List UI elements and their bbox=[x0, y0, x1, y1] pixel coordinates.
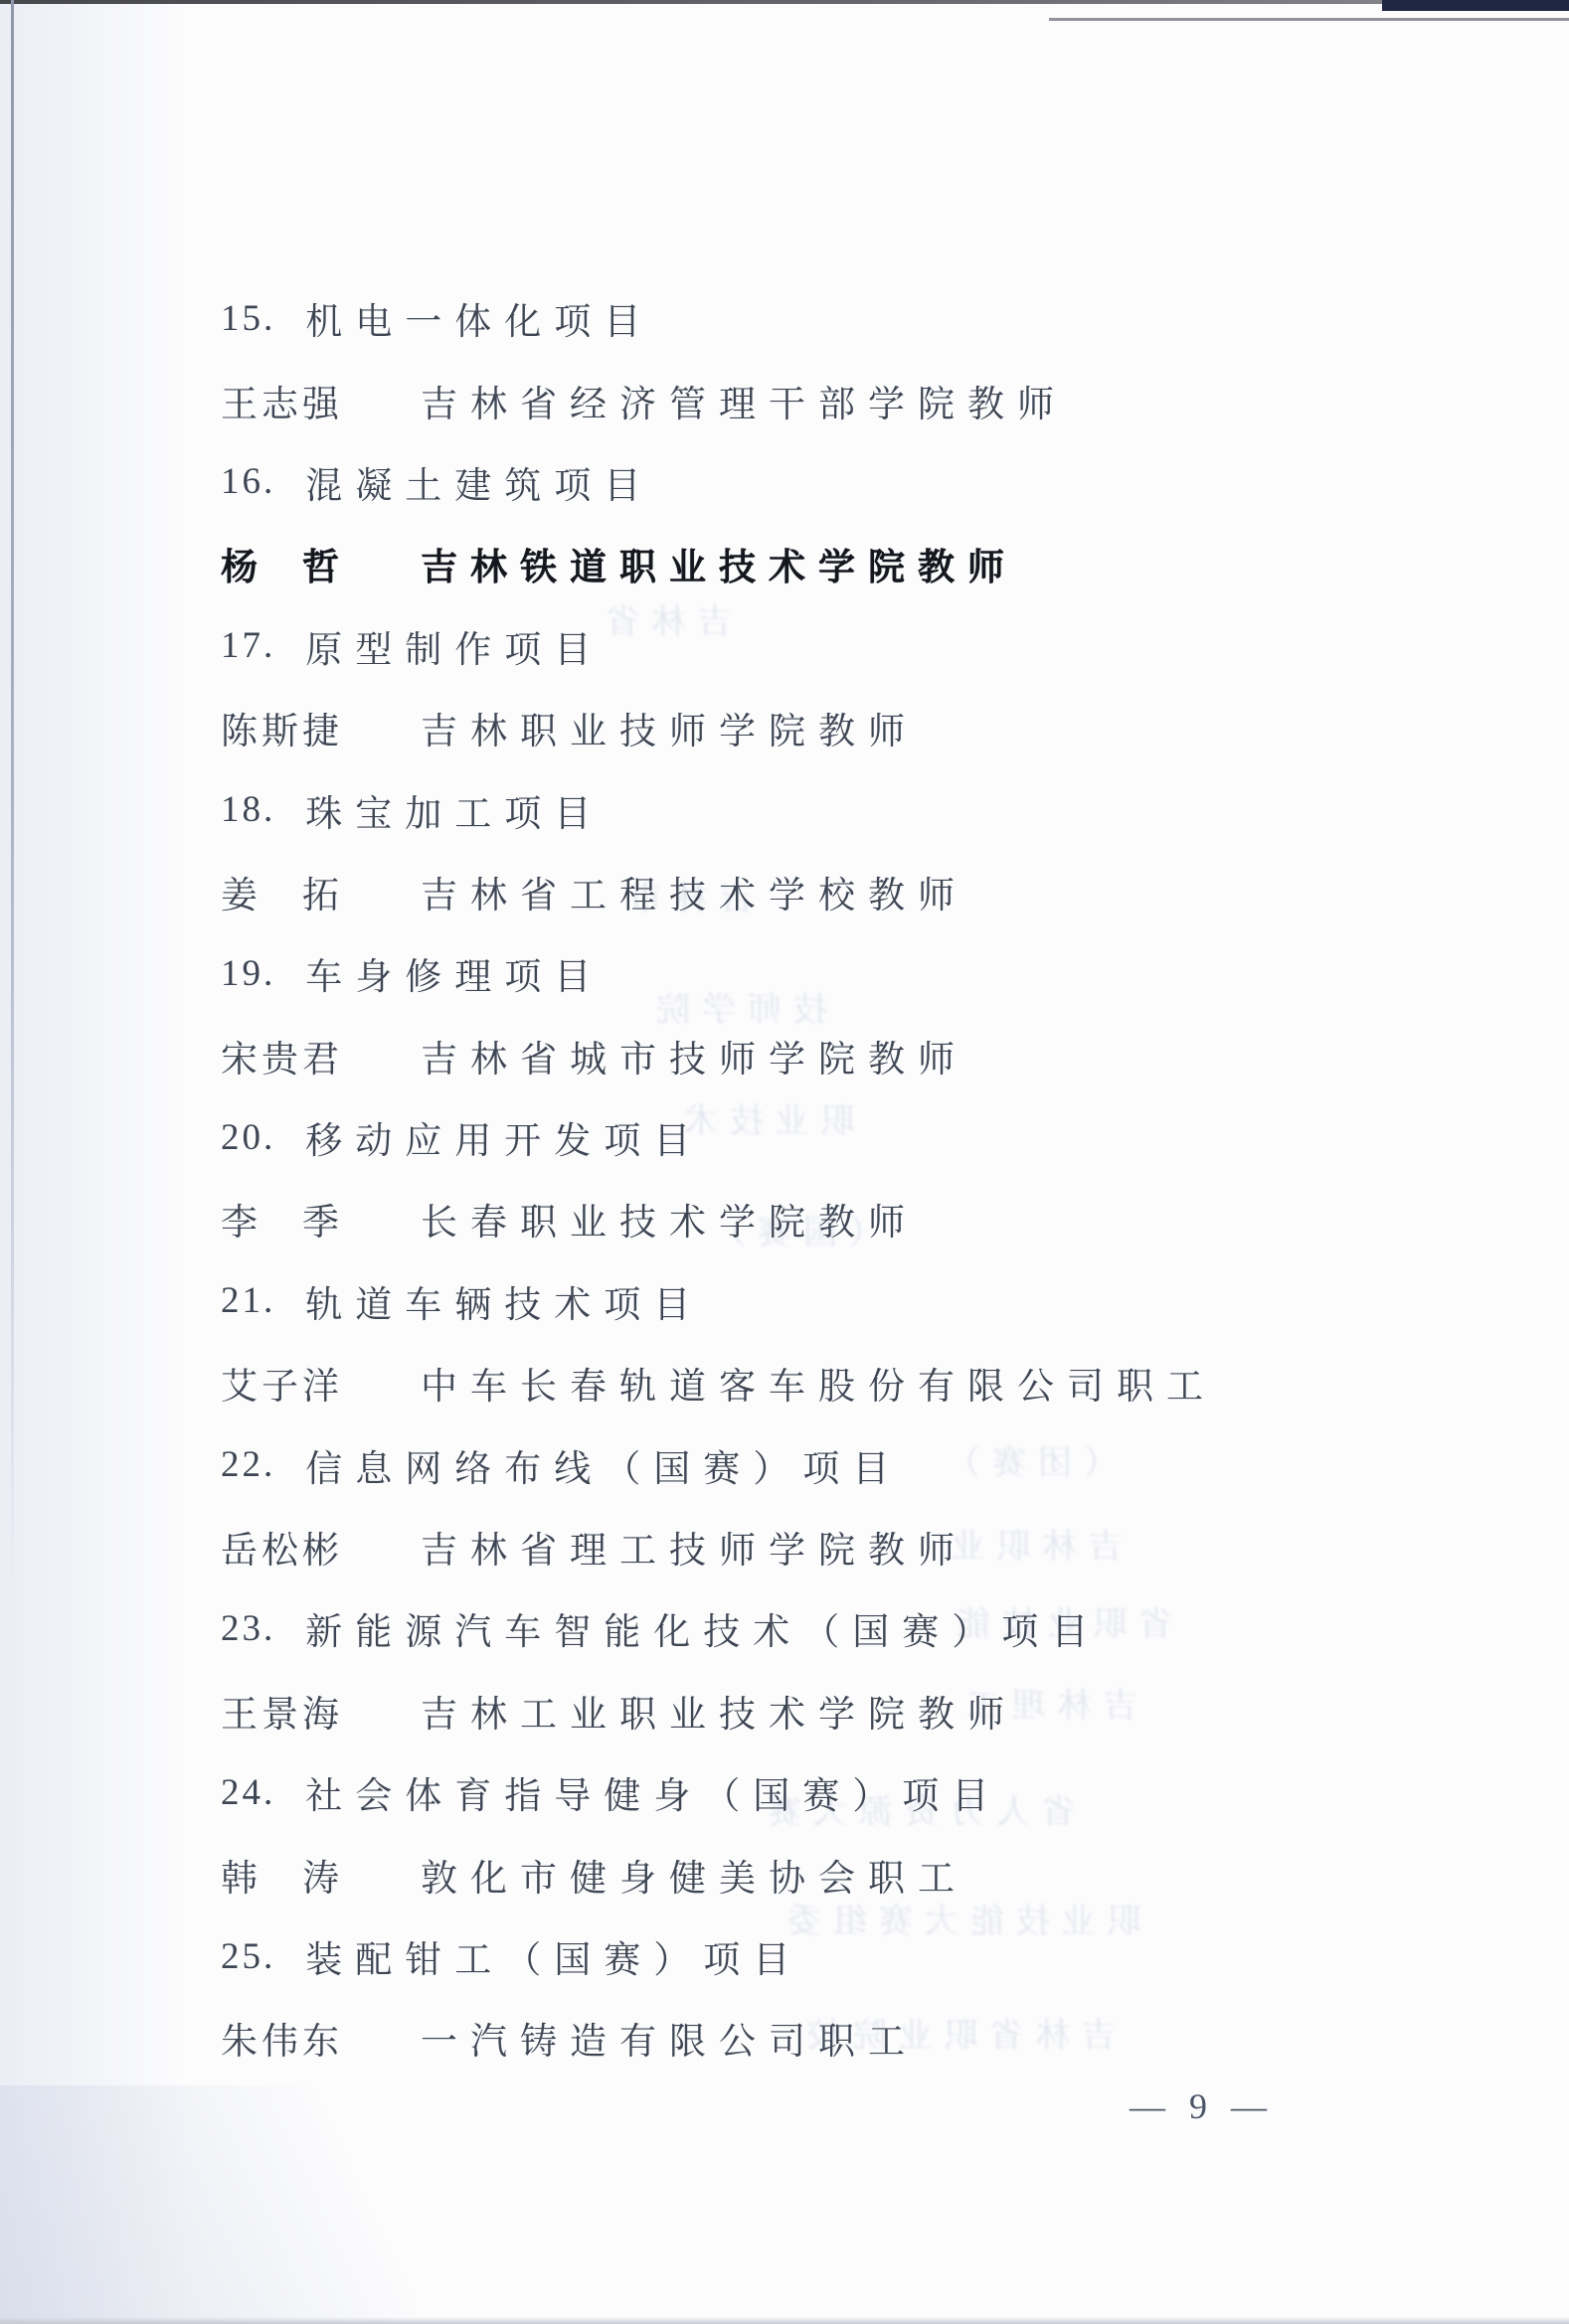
project-title: 社会体育指导健身（国赛）项目 bbox=[305, 1765, 1001, 1819]
person-affiliation: 吉林铁道职业技术学院教师 bbox=[421, 537, 1017, 590]
person-line: 宋贵君吉林省城市技师学院教师 bbox=[221, 1015, 1549, 1096]
person-name: 陈斯捷 bbox=[221, 701, 343, 754]
project-number: 24. bbox=[221, 1771, 275, 1814]
scan-edge-bottom-line bbox=[0, 2317, 1569, 2324]
person-affiliation: 敦化市健身健美协会职工 bbox=[421, 1848, 967, 1902]
project-line-16: 16.混凝土建筑项目 bbox=[221, 441, 1549, 523]
project-number: 19. bbox=[221, 952, 275, 995]
person-line: 韩 涛敦化市健身健美协会职工 bbox=[221, 1833, 1549, 1914]
scanned-page: 吉林省吉林市技师学院职业技术（国赛）（团赛）吉林职业省职业技能吉林理工省人力资源… bbox=[0, 0, 1569, 2324]
project-line-24: 24.社会体育指导健身（国赛）项目 bbox=[221, 1751, 1549, 1833]
project-line-18: 18.珠宝加工项目 bbox=[221, 768, 1549, 850]
person-line: 李 季长春职业技术学院教师 bbox=[221, 1178, 1549, 1259]
project-line-22: 22.信息网络布线（国赛）项目 bbox=[221, 1423, 1549, 1505]
project-line-17: 17.原型制作项目 bbox=[221, 605, 1549, 687]
person-affiliation: 长春职业技术学院教师 bbox=[421, 1192, 918, 1245]
person-name: 韩 涛 bbox=[221, 1848, 343, 1902]
bottom-left-shadow bbox=[0, 2085, 557, 2324]
project-number: 17. bbox=[221, 624, 275, 667]
project-title: 机电一体化项目 bbox=[305, 291, 653, 345]
person-affiliation: 吉林工业职业技术学院教师 bbox=[421, 1684, 1017, 1738]
project-title: 车身修理项目 bbox=[305, 946, 604, 1000]
person-line: 杨 哲吉林铁道职业技术学院教师 bbox=[221, 523, 1549, 604]
person-affiliation: 吉林省工程技术学校教师 bbox=[421, 865, 967, 918]
person-line: 王志强吉林省经济管理干部学院教师 bbox=[221, 359, 1549, 440]
scan-edge-top-line-2 bbox=[1049, 18, 1569, 21]
person-affiliation: 中车长春轨道客车股份有限公司职工 bbox=[421, 1356, 1216, 1410]
person-name: 姜 拓 bbox=[221, 865, 343, 918]
scan-edge-top-line bbox=[0, 0, 1569, 4]
person-affiliation: 一汽铸造有限公司职工 bbox=[421, 2011, 918, 2065]
project-number: 22. bbox=[221, 1443, 275, 1486]
project-line-20: 20.移动应用开发项目 bbox=[221, 1096, 1549, 1178]
person-affiliation: 吉林职业技师学院教师 bbox=[421, 701, 918, 754]
scan-corner-mark bbox=[1382, 0, 1569, 11]
project-line-15: 15.机电一体化项目 bbox=[221, 277, 1549, 359]
project-number: 16. bbox=[221, 460, 275, 503]
entry-list: 15.机电一体化项目王志强吉林省经济管理干部学院教师16.混凝土建筑项目杨 哲吉… bbox=[221, 277, 1549, 2079]
project-line-23: 23.新能源汽车智能化技术（国赛）项目 bbox=[221, 1587, 1549, 1669]
person-name: 朱伟东 bbox=[221, 2011, 343, 2065]
person-name: 王景海 bbox=[221, 1684, 343, 1738]
project-number: 18. bbox=[221, 788, 275, 831]
footer-dash-left: — bbox=[1130, 2085, 1165, 2127]
footer-dash-right: — bbox=[1231, 2085, 1267, 2127]
scan-edge-left-line bbox=[11, 0, 14, 1590]
left-shadow-band bbox=[0, 0, 189, 2324]
person-name: 杨 哲 bbox=[221, 537, 343, 590]
person-name: 艾子洋 bbox=[221, 1356, 343, 1410]
person-name: 岳松彬 bbox=[221, 1520, 343, 1574]
project-number: 21. bbox=[221, 1279, 275, 1322]
project-title: 混凝土建筑项目 bbox=[305, 455, 653, 509]
person-line: 姜 拓吉林省工程技术学校教师 bbox=[221, 851, 1549, 932]
person-affiliation: 吉林省城市技师学院教师 bbox=[421, 1029, 967, 1082]
person-name: 宋贵君 bbox=[221, 1029, 343, 1082]
person-affiliation: 吉林省经济管理干部学院教师 bbox=[421, 374, 1067, 427]
project-line-19: 19.车身修理项目 bbox=[221, 932, 1549, 1014]
project-number: 15. bbox=[221, 297, 275, 340]
project-title: 新能源汽车智能化技术（国赛）项目 bbox=[305, 1601, 1101, 1655]
project-number: 25. bbox=[221, 1935, 275, 1978]
person-affiliation: 吉林省理工技师学院教师 bbox=[421, 1520, 967, 1574]
project-title: 轨道车辆技术项目 bbox=[305, 1274, 703, 1328]
person-name: 李 季 bbox=[221, 1192, 343, 1245]
project-number: 20. bbox=[221, 1116, 275, 1159]
person-name: 王志强 bbox=[221, 374, 343, 427]
person-line: 陈斯捷吉林职业技师学院教师 bbox=[221, 687, 1549, 768]
project-title: 信息网络布线（国赛）项目 bbox=[305, 1438, 902, 1492]
person-line: 艾子洋中车长春轨道客车股份有限公司职工 bbox=[221, 1342, 1549, 1423]
page-footer: — 9 — bbox=[1130, 2085, 1267, 2127]
person-line: 岳松彬吉林省理工技师学院教师 bbox=[221, 1506, 1549, 1587]
person-line: 王景海吉林工业职业技术学院教师 bbox=[221, 1670, 1549, 1751]
project-title: 装配钳工（国赛）项目 bbox=[305, 1929, 802, 1983]
person-line: 朱伟东一汽铸造有限公司职工 bbox=[221, 1997, 1549, 2078]
project-title: 原型制作项目 bbox=[305, 619, 604, 673]
project-number: 23. bbox=[221, 1607, 275, 1650]
project-line-25: 25.装配钳工（国赛）项目 bbox=[221, 1915, 1549, 1997]
project-line-21: 21.轨道车辆技术项目 bbox=[221, 1260, 1549, 1342]
project-title: 珠宝加工项目 bbox=[305, 783, 604, 837]
page-number: 9 bbox=[1189, 2085, 1207, 2127]
project-title: 移动应用开发项目 bbox=[305, 1110, 703, 1164]
